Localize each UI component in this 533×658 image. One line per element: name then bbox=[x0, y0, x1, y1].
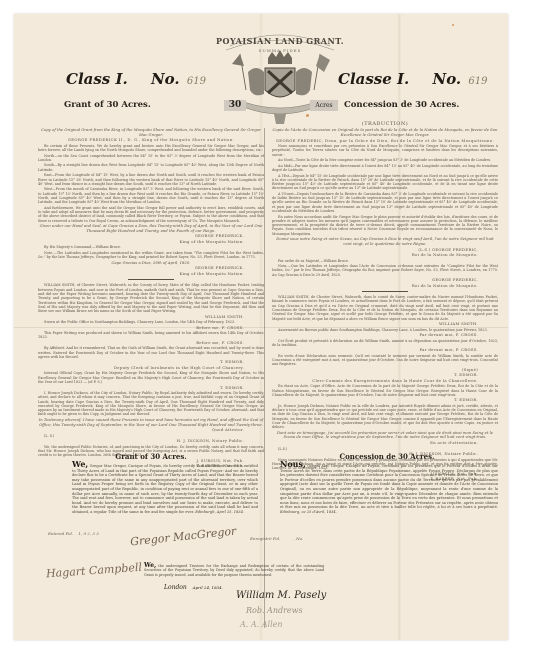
paper-writing: This Paper Writing was produced and shew… bbox=[38, 331, 264, 340]
entered-label-french: Enregistré Fol. , No. bbox=[250, 536, 303, 541]
grant-body-english: We, Gregor Mac Gregor, Cacique of Poyais… bbox=[72, 462, 258, 515]
header-left: Class I. No. 619 bbox=[66, 70, 206, 88]
entered-value: , No. bbox=[294, 536, 304, 541]
subtitle-left: Grant of 30 Acres. bbox=[64, 100, 151, 110]
king-heading: GEORGE FREDERICK II., D. G., King of the… bbox=[38, 138, 264, 142]
sworn: Sworn at the Public Office in Southampto… bbox=[38, 320, 264, 324]
paragraph: A l'Est—Depuis le 84° 15' de Longitude o… bbox=[272, 174, 498, 191]
signature: WILLIAM SMITH. bbox=[272, 322, 498, 326]
notary-paragraph: I, Horace Joseph Dickson, of the City of… bbox=[38, 391, 264, 417]
signature-william-pasely: William M. Pasely bbox=[236, 590, 326, 601]
paper-before: Before me, F. CROSS. bbox=[38, 341, 264, 345]
number-label: No. bbox=[432, 70, 461, 88]
signature-title: Roi de la Nation de Mosquito. bbox=[272, 253, 498, 257]
trustees-certification: We, the undersigned Trustees for the Exc… bbox=[144, 564, 324, 577]
paragraph: A l'Ouest—Depuis l'embouchure de la Rivi… bbox=[272, 192, 498, 213]
testimony: In Testimony whereof, I have caused thes… bbox=[38, 418, 264, 427]
sworn-before: Before me, F. CROSS. bbox=[38, 326, 264, 330]
grant-title-french: Concession de 30 Acres. bbox=[272, 452, 502, 461]
paper-writing: Cet Écrit produit et présenté à déclarat… bbox=[272, 339, 498, 348]
entered-label: Enregistré Fol. bbox=[250, 536, 280, 541]
paragraph: Au Midi—Par une ligne droite tirée direc… bbox=[272, 164, 498, 173]
signature-third-trustee: A. A. Allen bbox=[240, 620, 283, 629]
clerk-title: Clerc-Commis des Enregistrements dans la… bbox=[272, 379, 498, 383]
grant-text: Gregor Mac Gregor, Cacique de Poyais, ce… bbox=[280, 464, 498, 509]
header-right: Classe I. No. 619 bbox=[338, 70, 488, 88]
entered-value: 1, 9 2, 3 3 bbox=[78, 531, 98, 536]
land-grant-document: POYAISIAN LAND GRANT. SUMMA FIDES 30 Acr… bbox=[14, 14, 508, 640]
intro: Copie de l'Acte de Concession en Origina… bbox=[272, 128, 498, 137]
king-heading: GEORGE FREDERIC, Deux, par la Grâce de D… bbox=[272, 139, 498, 143]
trustees-text: the undersigned Trustees for the Exchang… bbox=[144, 564, 324, 577]
affidavit: WILLIAM SMITH, of Chester Street, Walwor… bbox=[38, 283, 264, 313]
command-line: By His Majesty's Command,—William Bruce. bbox=[38, 245, 264, 249]
signature: WILLIAM SMITH. bbox=[38, 315, 264, 319]
signature-title: King of the Mosquito Nation. bbox=[38, 240, 264, 244]
translation-heading: (TRADUCTION) bbox=[272, 122, 498, 126]
acres-number-box: 30 bbox=[224, 100, 246, 111]
paragraph: South—By a straight line drawn due West … bbox=[38, 163, 264, 172]
grant-number: 619 bbox=[468, 76, 487, 87]
grant-place-date: Edinburgh, April 25, 1834. bbox=[195, 510, 244, 514]
signature-second-trustee: Rob. Andrews bbox=[246, 606, 303, 615]
paragraph: Donné sous notre Seing et notre Sceau, a… bbox=[272, 237, 498, 246]
class-label: Class I. bbox=[66, 70, 128, 88]
signature-title: King of the Mosquito Nation. bbox=[38, 272, 264, 276]
internal-signed: T. EDMOR. bbox=[38, 386, 264, 390]
notary-paragraph: Je, Horace Joseph Dickson, Notaire Publi… bbox=[272, 404, 498, 430]
signature-title: Roi de la Nation de Mosquito. bbox=[272, 284, 498, 288]
paper-stain bbox=[452, 24, 454, 26]
by-affidavit: By Affidavit: And be it remembered, That… bbox=[38, 346, 264, 359]
class-label: Classe I. bbox=[338, 70, 409, 88]
paragraph: Nous annonçons et concédons par ces prés… bbox=[272, 144, 498, 157]
dropcap: We, bbox=[72, 459, 88, 469]
place: London bbox=[164, 584, 187, 591]
paragraph: And furthermore, We grant unto the said … bbox=[38, 206, 264, 223]
affidavit: WILLIAM SMITH, de Chester Street, Walwor… bbox=[272, 295, 498, 321]
paragraph: En outre Nous accordons audit Sir Gregor… bbox=[272, 215, 498, 236]
coat-of-arms: POYAISIAN LAND GRANT. SUMMA FIDES 30 Acr… bbox=[210, 28, 350, 128]
quod-attestor: En acte d'attestation. bbox=[272, 441, 498, 445]
paragraph: East—From the Longitude of 84° 15' West,… bbox=[38, 173, 264, 186]
internal-copy: Internal Official Copy. Grant by His Maj… bbox=[38, 371, 264, 384]
intro: Copy of the Original Grant from the King… bbox=[38, 128, 264, 137]
signature: GEORGE FREDERIC, bbox=[272, 278, 498, 282]
testimony: Dont acte en témoignage, j'ai accordé le… bbox=[272, 431, 498, 440]
crest-motto: SUMMA FIDES bbox=[210, 48, 350, 53]
french-column: (TRADUCTION) Copie de l'Acte de Concessi… bbox=[272, 122, 498, 483]
paragraph: Au Nord—Toute la Côte de la Mer comprise… bbox=[272, 158, 498, 162]
notary-signed: H. J. DICKSON, Notary Public. bbox=[38, 439, 264, 443]
paragraph: West—From the mouth of Carataska River, … bbox=[38, 187, 264, 204]
clerk-title: Deputy Clerk of Inrolments in the High C… bbox=[38, 366, 264, 370]
signature-gregor-macgregor: Gregor MacGregor bbox=[130, 524, 237, 548]
sworn-before: Par devant moi, F. CROSS. bbox=[272, 333, 498, 337]
english-column: Copy of the Original Grant from the King… bbox=[38, 128, 264, 470]
crest-title: POYAISIAN LAND GRANT. bbox=[210, 36, 350, 46]
divider-rule bbox=[362, 291, 408, 292]
paragraph: North—on the Sea Coast comprehended betw… bbox=[38, 154, 264, 163]
note: Note.—The Latitudes and Longitudes menti… bbox=[38, 251, 264, 260]
by-affidavit: En vertu d'une Déclaration sous serment:… bbox=[272, 354, 498, 367]
paper-stain bbox=[306, 114, 309, 117]
column-divider bbox=[264, 128, 265, 628]
number-label: No. bbox=[151, 70, 180, 88]
divider-rule bbox=[128, 279, 174, 280]
clerk-name: T. EDMOR. bbox=[272, 373, 498, 377]
grant-number: 619 bbox=[187, 76, 206, 87]
grant-place-date: Edinbourg, ce 25 d'Avril, 1834. bbox=[280, 510, 337, 514]
quod-attestor: Quod Attestor. bbox=[38, 428, 264, 432]
entered-label-english: Entered Fol. 1, 9 2, 3 3 bbox=[48, 531, 99, 536]
london-date: London April 24, 1834. bbox=[164, 584, 223, 591]
grant-text: Gregor Mac Gregor, Cacique of Poyais, do… bbox=[72, 464, 258, 514]
acres-label-box: Acres bbox=[310, 100, 338, 111]
paper-before: Par devant moi, F. CROSS. bbox=[272, 348, 498, 352]
internal-signed: T. EDMOR. bbox=[272, 398, 498, 402]
grant-body-french: Nous, Gregor Mac Gregor, Cacique de Poya… bbox=[280, 462, 498, 515]
note: Nota.—Que les Latitudes et Longitudes da… bbox=[272, 264, 498, 277]
entered-label: Entered Fol. bbox=[48, 531, 73, 536]
command-line: Par ordre de sa Majesté,—William Bruce. bbox=[272, 259, 498, 263]
date: April 24, 1834. bbox=[193, 585, 223, 590]
internal-copy: En étant un Acte, Copie d'Office. Acte d… bbox=[272, 384, 498, 397]
paragraph: Be certain of these Presents, We do here… bbox=[38, 144, 264, 153]
signature-hagart-campbell: Hagart Campbell bbox=[46, 561, 143, 581]
subtitle-right: Concession de 30 Acres. bbox=[344, 100, 459, 110]
paragraph: Given under our Hand and Seal, at Cape G… bbox=[38, 224, 264, 233]
dropcap: Nous, bbox=[280, 459, 306, 469]
